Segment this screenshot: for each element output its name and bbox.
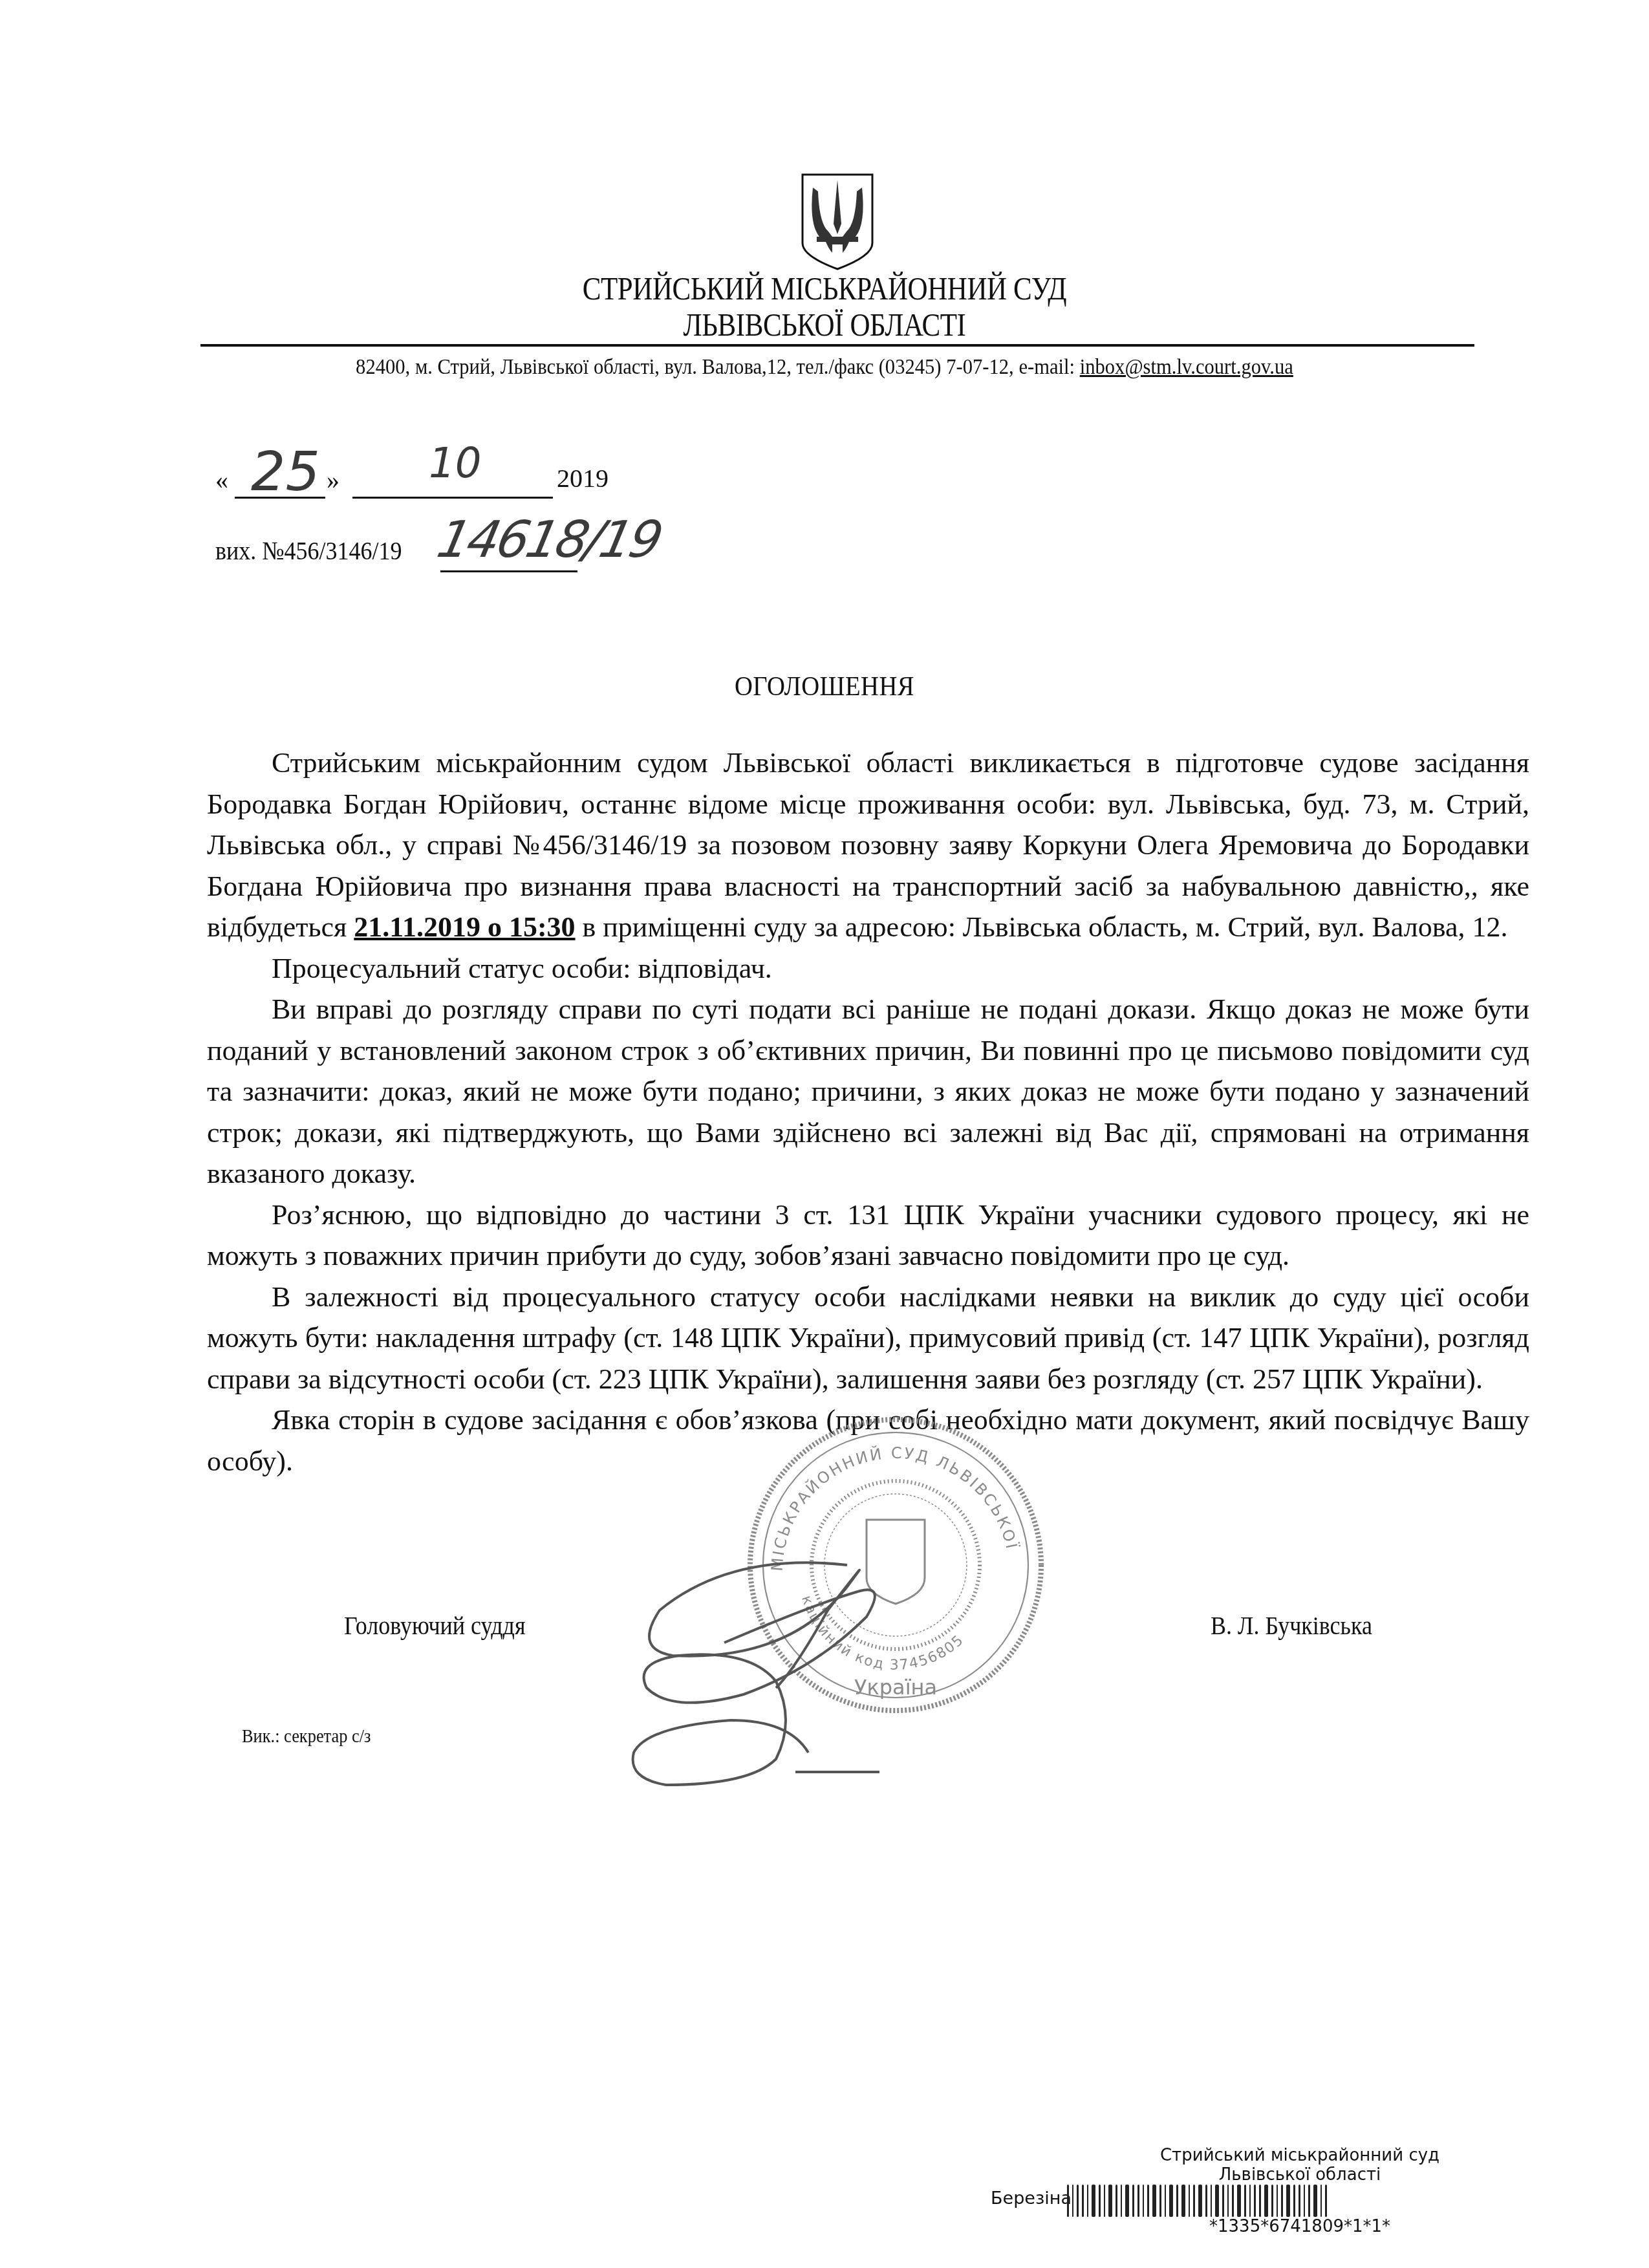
barcode-number: *1335*6741809*1*1*	[1209, 2217, 1390, 2236]
year: 2019	[557, 463, 609, 493]
paragraph-consequences: В залежності від процесуального статусу …	[207, 1277, 1529, 1400]
sender-name: Березіна	[991, 2188, 1072, 2209]
header-divider	[200, 344, 1474, 347]
quote-open: «	[215, 464, 228, 495]
hearing-datetime: 21.11.2019 о 15:30	[354, 911, 575, 943]
barcode	[1067, 2185, 1439, 2217]
summons-address: в приміщенні суду за адресою: Львівська …	[576, 911, 1508, 943]
judge-signature	[601, 1539, 1054, 1811]
paragraph-evidence: Ви вправі до розгляду справи по суті под…	[207, 989, 1529, 1194]
month-handwritten: 10	[429, 440, 481, 488]
announcement-body: Стрийським міськрайонним судом Львівсько…	[207, 742, 1529, 1482]
court-name: СТРИЙСЬКИЙ МІСЬКРАЙОННИЙ СУД ЛЬВІВСЬКОЇ …	[116, 270, 1534, 343]
trident-icon	[800, 172, 875, 272]
email-link[interactable]: inbox@stm.lv.court.gov.ua	[1080, 355, 1293, 379]
outgoing-label: вих. №456/3146/19	[215, 535, 402, 566]
quote-close: »	[327, 464, 339, 495]
court-contacts: 82400, м. Стрий, Львівської області, вул…	[83, 355, 1567, 380]
outgoing-number: вих. №456/3146/19 14618/19	[215, 517, 733, 582]
barcode-org-line1: Стрийський міськрайонний суд	[1158, 2146, 1442, 2165]
signatory-title: Головуючий суддя	[344, 1610, 526, 1641]
document-heading: ОГОЛОШЕННЯ	[66, 671, 1583, 702]
signatory-name: В. Л. Бучківська	[1211, 1610, 1372, 1641]
court-name-line1: СТРИЙСЬКИЙ МІСЬКРАЙОННИЙ СУД	[116, 270, 1534, 307]
paragraph-explanation: Роз’яснюю, що відповідно до частини 3 ст…	[207, 1194, 1529, 1277]
outgoing-handwritten: 14618/19	[432, 511, 665, 569]
court-name-line2: ЛЬВІВСЬКОЇ ОБЛАСТІ	[116, 307, 1534, 343]
barcode-org-label: Стрийський міськрайонний суд Львівської …	[1158, 2146, 1442, 2185]
outgoing-blank	[440, 570, 577, 572]
paragraph-status: Процесуальний статус особи: відповідач.	[207, 948, 1529, 989]
paragraph-summons: Стрийським міськрайонним судом Львівсько…	[207, 742, 1529, 948]
month-blank	[352, 497, 553, 499]
date-field: « 25 » 10 2019	[215, 453, 668, 504]
day-handwritten: 25	[251, 440, 320, 503]
executor-note: Вик.: секретар с/з	[242, 1725, 371, 1747]
contacts-address: 82400, м. Стрий, Львівської області, вул…	[356, 355, 1080, 379]
barcode-org-line2: Львівської області	[1158, 2165, 1442, 2185]
